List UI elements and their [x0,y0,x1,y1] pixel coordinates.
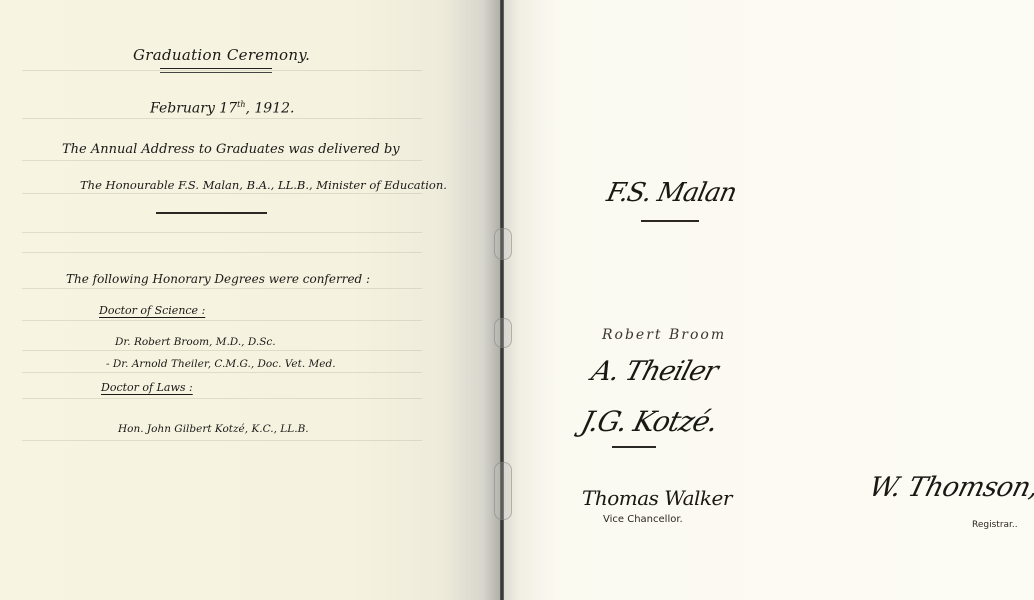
signature-walker: Thomas Walker [582,486,732,510]
date-year: , 1912. [246,101,295,117]
recipient-broom: Dr. Robert Broom, M.D., D.Sc. [115,336,276,348]
left-page [0,0,503,600]
ruled-line [22,288,422,289]
degrees-intro: The following Honorary Degrees were conf… [66,272,370,286]
role-vice-chancellor: Vice Chancellor. [603,514,683,525]
doctor-of-science-heading: Doctor of Science : [99,304,205,317]
ruled-line [22,193,422,194]
signature-malan: F.S. Malan [604,178,739,208]
role-registrar: Registrar.. [972,520,1018,530]
binding-stitch [494,318,512,348]
page-title: Graduation Ceremony. [133,46,310,64]
ruled-line [22,232,422,233]
signature-kotze: J.G. Kotzé. [578,405,721,438]
address-line: The Annual Address to Graduates was deli… [62,142,400,157]
signature-broom: Robert Broom [602,327,726,343]
ceremony-date: February 17th, 1912. [150,100,294,117]
ruled-line [22,160,422,161]
ruled-line [22,252,422,253]
recipient-theiler: - Dr. Arnold Theiler, C.M.G., Doc. Vet. … [106,358,336,370]
signature-theiler: A. Theiler [588,356,721,387]
title-underline [160,68,272,73]
ruled-line [22,440,422,441]
ruled-line [22,372,422,373]
binding-stitch [494,228,512,260]
ruled-line [22,350,422,351]
ruled-line [22,118,422,119]
recipient-kotze: Hon. John Gilbert Kotzé, K.C., LL.B. [118,423,309,435]
date-month-day: February 17 [150,101,237,117]
ruled-line [22,398,422,399]
signature-thomson: W. Thomson, [866,472,1034,503]
date-ordinal: th [237,100,245,109]
doctor-of-laws-heading: Doctor of Laws : [101,381,193,394]
presenter-line: The Honourable F.S. Malan, B.A., LL.B., … [80,178,447,192]
signature-underline [612,446,656,448]
signature-underline [641,220,699,222]
heading-text: Doctor of Science : [99,304,205,317]
binding-stitch [494,462,512,520]
right-page [503,0,1034,600]
heading-text: Doctor of Laws : [101,381,193,394]
ruled-line [22,320,422,321]
section-divider [156,212,267,214]
